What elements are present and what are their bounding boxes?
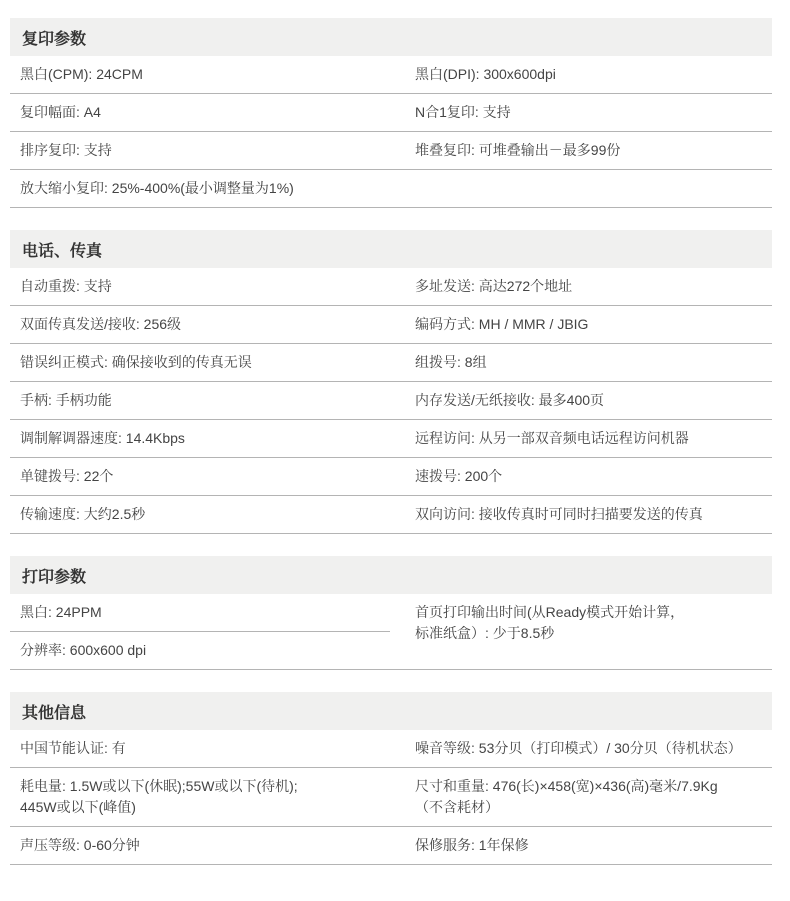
spec-row: 放大缩小复印: 25%-400%(最小调整量为1%) bbox=[10, 170, 772, 208]
spec-cell: 放大缩小复印: 25%-400%(最小调整量为1%) bbox=[10, 170, 772, 207]
section-1: 电话、传真自动重拨: 支持多址发送: 高达272个地址双面传真发送/接收: 25… bbox=[10, 230, 772, 534]
spec-cell: 内存发送/无纸接收: 最多400页 bbox=[405, 382, 772, 419]
section-3: 其他信息中国节能认证: 有噪音等级: 53分贝（打印模式）/ 30分贝（待机状态… bbox=[10, 692, 772, 865]
section-header: 打印参数 bbox=[10, 556, 772, 594]
spec-cell: 分辨率: 600x600 dpi bbox=[10, 632, 390, 669]
spec-cell: 双面传真发送/接收: 256级 bbox=[10, 306, 405, 343]
spec-row: 黑白: 24PPM分辨率: 600x600 dpi首页打印输出时间(从Ready… bbox=[10, 594, 772, 670]
spec-cell: 尺寸和重量: 476(长)×458(宽)×436(高)毫米/7.9Kg （不含耗… bbox=[405, 768, 772, 826]
spec-row: 排序复印: 支持堆叠复印: 可堆叠输出－最多99份 bbox=[10, 132, 772, 170]
spec-cell: 编码方式: MH / MMR / JBIG bbox=[405, 306, 772, 343]
spec-row: 单键拨号: 22个速拨号: 200个 bbox=[10, 458, 772, 496]
section-header: 电话、传真 bbox=[10, 230, 772, 268]
spec-cell: 传输速度: 大约2.5秒 bbox=[10, 496, 405, 533]
spec-cell: 自动重拨: 支持 bbox=[10, 268, 405, 305]
spec-cell: N合1复印: 支持 bbox=[405, 94, 772, 131]
spec-cell: 堆叠复印: 可堆叠输出－最多99份 bbox=[405, 132, 772, 169]
section-header: 其他信息 bbox=[10, 692, 772, 730]
spec-row: 手柄: 手柄功能内存发送/无纸接收: 最多400页 bbox=[10, 382, 772, 420]
spec-cell: 黑白: 24PPM bbox=[10, 594, 390, 632]
spec-cell: 双向访问: 接收传真时可同时扫描要发送的传真 bbox=[405, 496, 772, 533]
spec-row: 中国节能认证: 有噪音等级: 53分贝（打印模式）/ 30分贝（待机状态） bbox=[10, 730, 772, 768]
spec-row: 声压等级: 0-60分钟保修服务: 1年保修 bbox=[10, 827, 772, 865]
spec-cell: 调制解调器速度: 14.4Kbps bbox=[10, 420, 405, 457]
spec-cell: 黑白(DPI): 300x600dpi bbox=[405, 56, 772, 93]
spec-row: 黑白(CPM): 24CPM黑白(DPI): 300x600dpi bbox=[10, 56, 772, 94]
spec-cell: 黑白(CPM): 24CPM bbox=[10, 56, 405, 93]
section-2: 打印参数黑白: 24PPM分辨率: 600x600 dpi首页打印输出时间(从R… bbox=[10, 556, 772, 670]
section-0: 复印参数黑白(CPM): 24CPM黑白(DPI): 300x600dpi复印幅… bbox=[10, 18, 772, 208]
spec-cell: 噪音等级: 53分贝（打印模式）/ 30分贝（待机状态） bbox=[405, 730, 772, 767]
spec-sections: 复印参数黑白(CPM): 24CPM黑白(DPI): 300x600dpi复印幅… bbox=[10, 18, 772, 865]
spec-cell: 耗电量: 1.5W或以下(休眠);55W或以下(待机); 445W或以下(峰值) bbox=[10, 768, 405, 826]
spec-row: 调制解调器速度: 14.4Kbps远程访问: 从另一部双音频电话远程访问机器 bbox=[10, 420, 772, 458]
spec-row: 自动重拨: 支持多址发送: 高达272个地址 bbox=[10, 268, 772, 306]
spec-row: 传输速度: 大约2.5秒双向访问: 接收传真时可同时扫描要发送的传真 bbox=[10, 496, 772, 534]
spec-cell: 多址发送: 高达272个地址 bbox=[405, 268, 772, 305]
spec-cell: 排序复印: 支持 bbox=[10, 132, 405, 169]
spec-sheet: 复印参数黑白(CPM): 24CPM黑白(DPI): 300x600dpi复印幅… bbox=[0, 0, 772, 865]
spec-cell: 单键拨号: 22个 bbox=[10, 458, 405, 495]
spec-cell: 速拨号: 200个 bbox=[405, 458, 772, 495]
spec-cell: 远程访问: 从另一部双音频电话远程访问机器 bbox=[405, 420, 772, 457]
spec-cell: 手柄: 手柄功能 bbox=[10, 382, 405, 419]
spec-row: 耗电量: 1.5W或以下(休眠);55W或以下(待机); 445W或以下(峰值)… bbox=[10, 768, 772, 827]
spec-cell: 复印幅面: A4 bbox=[10, 94, 405, 131]
spec-row: 错误纠正模式: 确保接收到的传真无误组拨号: 8组 bbox=[10, 344, 772, 382]
spec-cell: 中国节能认证: 有 bbox=[10, 730, 405, 767]
section-header: 复印参数 bbox=[10, 18, 772, 56]
spec-cell: 组拨号: 8组 bbox=[405, 344, 772, 381]
spec-row: 双面传真发送/接收: 256级编码方式: MH / MMR / JBIG bbox=[10, 306, 772, 344]
spec-cell: 声压等级: 0-60分钟 bbox=[10, 827, 405, 864]
spec-row: 复印幅面: A4N合1复印: 支持 bbox=[10, 94, 772, 132]
spec-cell: 首页打印输出时间(从Ready模式开始计算， 标准纸盒）: 少于8.5秒 bbox=[390, 594, 772, 669]
spec-cell: 保修服务: 1年保修 bbox=[405, 827, 772, 864]
left-column: 黑白: 24PPM分辨率: 600x600 dpi bbox=[10, 594, 390, 669]
spec-cell: 错误纠正模式: 确保接收到的传真无误 bbox=[10, 344, 405, 381]
